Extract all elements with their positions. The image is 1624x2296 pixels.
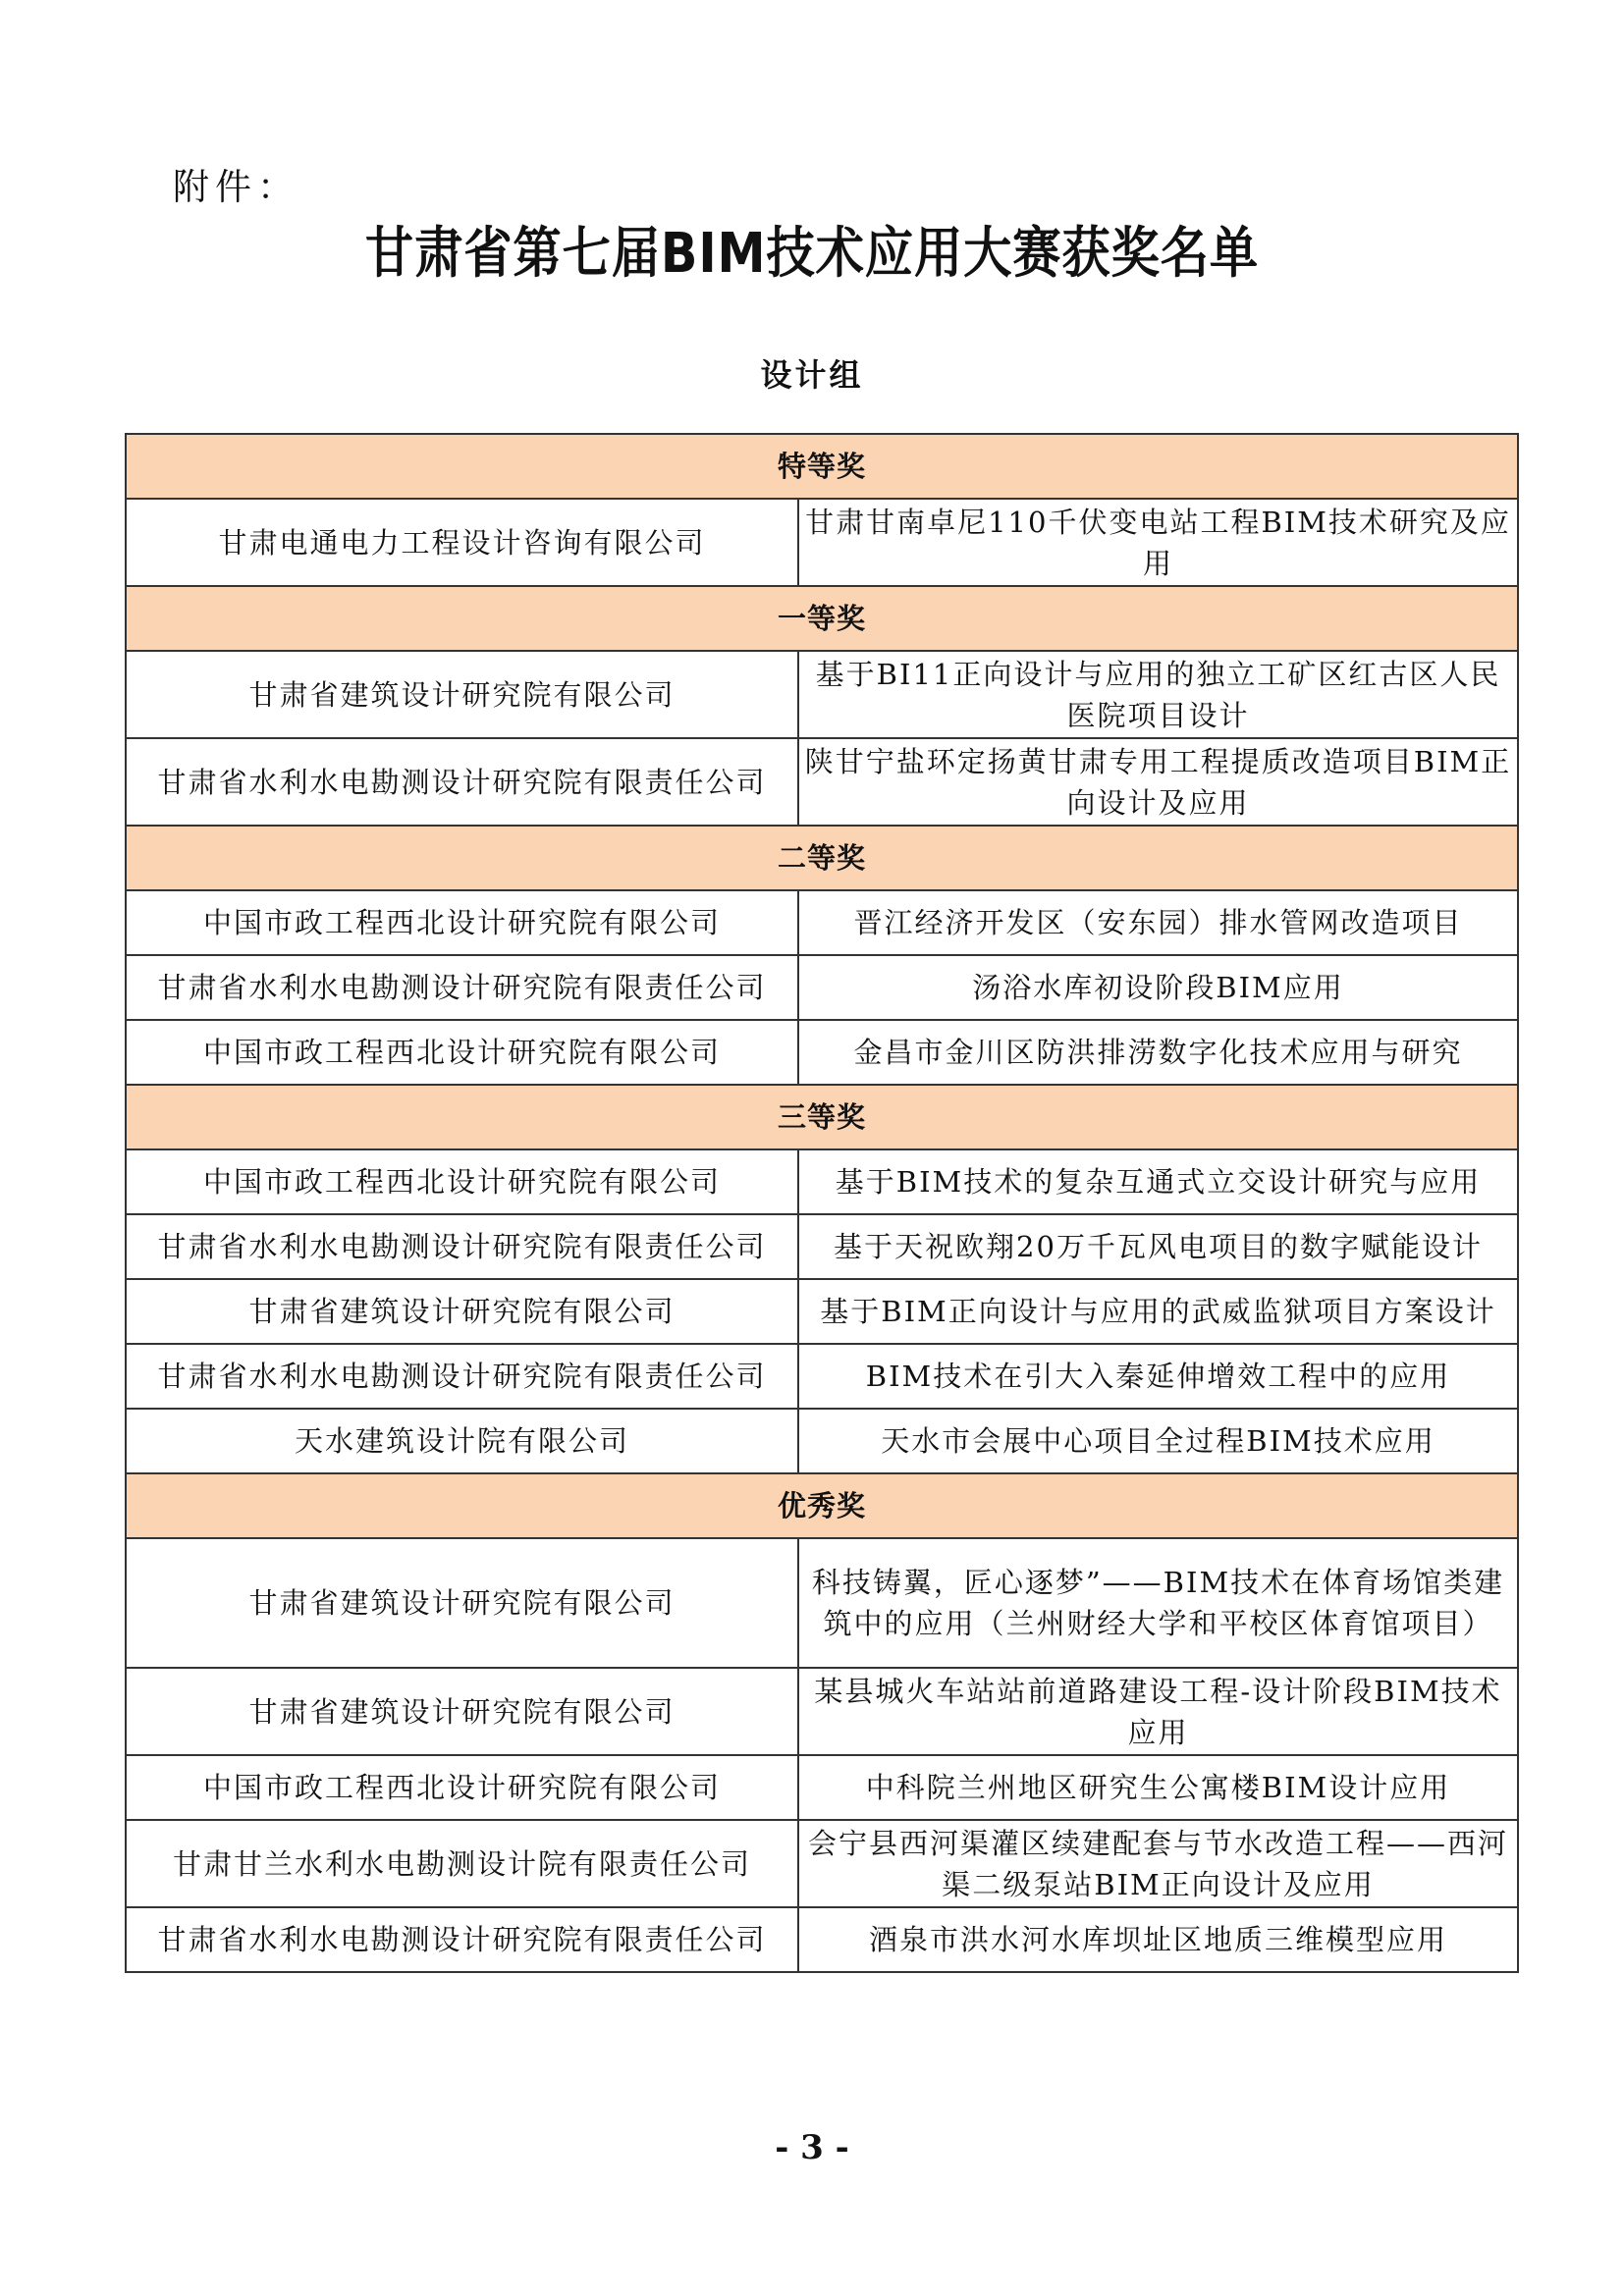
project-cell: 会宁县西河渠灌区续建配套与节水改造工程——西河渠二级泵站BIM正向设计及应用 — [798, 1820, 1518, 1907]
project-cell: BIM技术在引大入秦延伸增效工程中的应用 — [798, 1344, 1518, 1409]
award-level-heading: 二等奖 — [126, 826, 1518, 890]
company-cell: 甘肃省水利水电勘测设计研究院有限责任公司 — [126, 1344, 798, 1409]
company-cell: 甘肃省建筑设计研究院有限公司 — [126, 1668, 798, 1755]
company-cell: 中国市政工程西北设计研究院有限公司 — [126, 1755, 798, 1820]
company-cell: 天水建筑设计院有限公司 — [126, 1409, 798, 1473]
award-level-row: 一等奖 — [126, 586, 1518, 651]
company-cell: 甘肃电通电力工程设计咨询有限公司 — [126, 499, 798, 586]
table-row: 中国市政工程西北设计研究院有限公司晋江经济开发区（安东园）排水管网改造项目 — [126, 890, 1518, 955]
table-row: 甘肃省建筑设计研究院有限公司基于BI11正向设计与应用的独立工矿区红古区人民医院… — [126, 651, 1518, 738]
company-cell: 中国市政工程西北设计研究院有限公司 — [126, 890, 798, 955]
awards-table-body: 特等奖甘肃电通电力工程设计咨询有限公司甘肃甘南卓尼110千伏变电站工程BIM技术… — [126, 434, 1518, 1972]
project-cell: 酒泉市洪水河水库坝址区地质三维模型应用 — [798, 1907, 1518, 1972]
award-level-row: 优秀奖 — [126, 1473, 1518, 1538]
table-row: 甘肃甘兰水利水电勘测设计院有限责任公司会宁县西河渠灌区续建配套与节水改造工程——… — [126, 1820, 1518, 1907]
table-row: 甘肃省水利水电勘测设计研究院有限责任公司汤浴水库初设阶段BIM应用 — [126, 955, 1518, 1020]
attachment-label: 附件： — [173, 157, 299, 210]
project-cell: 中科院兰州地区研究生公寓楼BIM设计应用 — [798, 1755, 1518, 1820]
table-row: 甘肃省建筑设计研究院有限公司基于BIM正向设计与应用的武威监狱项目方案设计 — [126, 1279, 1518, 1344]
page-number: - 3 - — [0, 2128, 1624, 2167]
award-level-heading: 特等奖 — [126, 434, 1518, 499]
project-cell: 陕甘宁盐环定扬黄甘肃专用工程提质改造项目BIM正向设计及应用 — [798, 738, 1518, 826]
company-cell: 甘肃省建筑设计研究院有限公司 — [126, 1538, 798, 1668]
project-cell: 基于BIM技术的复杂互通式立交设计研究与应用 — [798, 1149, 1518, 1214]
company-cell: 中国市政工程西北设计研究院有限公司 — [126, 1020, 798, 1085]
table-row: 中国市政工程西北设计研究院有限公司金昌市金川区防洪排涝数字化技术应用与研究 — [126, 1020, 1518, 1085]
company-cell: 甘肃甘兰水利水电勘测设计院有限责任公司 — [126, 1820, 798, 1907]
company-cell: 甘肃省水利水电勘测设计研究院有限责任公司 — [126, 1214, 798, 1279]
table-row: 甘肃省水利水电勘测设计研究院有限责任公司陕甘宁盐环定扬黄甘肃专用工程提质改造项目… — [126, 738, 1518, 826]
award-level-row: 特等奖 — [126, 434, 1518, 499]
award-level-heading: 三等奖 — [126, 1085, 1518, 1149]
project-cell: 金昌市金川区防洪排涝数字化技术应用与研究 — [798, 1020, 1518, 1085]
table-row: 甘肃省建筑设计研究院有限公司某县城火车站站前道路建设工程-设计阶段BIM技术应用 — [126, 1668, 1518, 1755]
table-row: 甘肃省建筑设计研究院有限公司科技铸翼，匠心逐梦”——BIM技术在体育场馆类建筑中… — [126, 1538, 1518, 1668]
company-cell: 甘肃省水利水电勘测设计研究院有限责任公司 — [126, 955, 798, 1020]
award-level-row: 二等奖 — [126, 826, 1518, 890]
award-level-heading: 一等奖 — [126, 586, 1518, 651]
company-cell: 中国市政工程西北设计研究院有限公司 — [126, 1149, 798, 1214]
project-cell: 甘肃甘南卓尼110千伏变电站工程BIM技术研究及应用 — [798, 499, 1518, 586]
award-level-row: 三等奖 — [126, 1085, 1518, 1149]
table-row: 中国市政工程西北设计研究院有限公司中科院兰州地区研究生公寓楼BIM设计应用 — [126, 1755, 1518, 1820]
table-row: 甘肃省水利水电勘测设计研究院有限责任公司BIM技术在引大入秦延伸增效工程中的应用 — [126, 1344, 1518, 1409]
project-cell: 科技铸翼，匠心逐梦”——BIM技术在体育场馆类建筑中的应用（兰州财经大学和平校区… — [798, 1538, 1518, 1668]
project-cell: 基于天祝欧翔20万千瓦风电项目的数字赋能设计 — [798, 1214, 1518, 1279]
project-cell: 天水市会展中心项目全过程BIM技术应用 — [798, 1409, 1518, 1473]
project-cell: 基于BI11正向设计与应用的独立工矿区红古区人民医院项目设计 — [798, 651, 1518, 738]
company-cell: 甘肃省建筑设计研究院有限公司 — [126, 651, 798, 738]
table-row: 甘肃省水利水电勘测设计研究院有限责任公司基于天祝欧翔20万千瓦风电项目的数字赋能… — [126, 1214, 1518, 1279]
awards-table: 特等奖甘肃电通电力工程设计咨询有限公司甘肃甘南卓尼110千伏变电站工程BIM技术… — [125, 433, 1519, 1973]
table-row: 甘肃电通电力工程设计咨询有限公司甘肃甘南卓尼110千伏变电站工程BIM技术研究及… — [126, 499, 1518, 586]
group-title: 设计组 — [0, 350, 1624, 396]
project-cell: 基于BIM正向设计与应用的武威监狱项目方案设计 — [798, 1279, 1518, 1344]
table-row: 天水建筑设计院有限公司天水市会展中心项目全过程BIM技术应用 — [126, 1409, 1518, 1473]
project-cell: 晋江经济开发区（安东园）排水管网改造项目 — [798, 890, 1518, 955]
award-level-heading: 优秀奖 — [126, 1473, 1518, 1538]
page-title: 甘肃省第七届BIM技术应用大赛获奖名单 — [97, 210, 1527, 289]
project-cell: 某县城火车站站前道路建设工程-设计阶段BIM技术应用 — [798, 1668, 1518, 1755]
table-row: 甘肃省水利水电勘测设计研究院有限责任公司酒泉市洪水河水库坝址区地质三维模型应用 — [126, 1907, 1518, 1972]
company-cell: 甘肃省水利水电勘测设计研究院有限责任公司 — [126, 1907, 798, 1972]
project-cell: 汤浴水库初设阶段BIM应用 — [798, 955, 1518, 1020]
table-row: 中国市政工程西北设计研究院有限公司基于BIM技术的复杂互通式立交设计研究与应用 — [126, 1149, 1518, 1214]
company-cell: 甘肃省建筑设计研究院有限公司 — [126, 1279, 798, 1344]
company-cell: 甘肃省水利水电勘测设计研究院有限责任公司 — [126, 738, 798, 826]
